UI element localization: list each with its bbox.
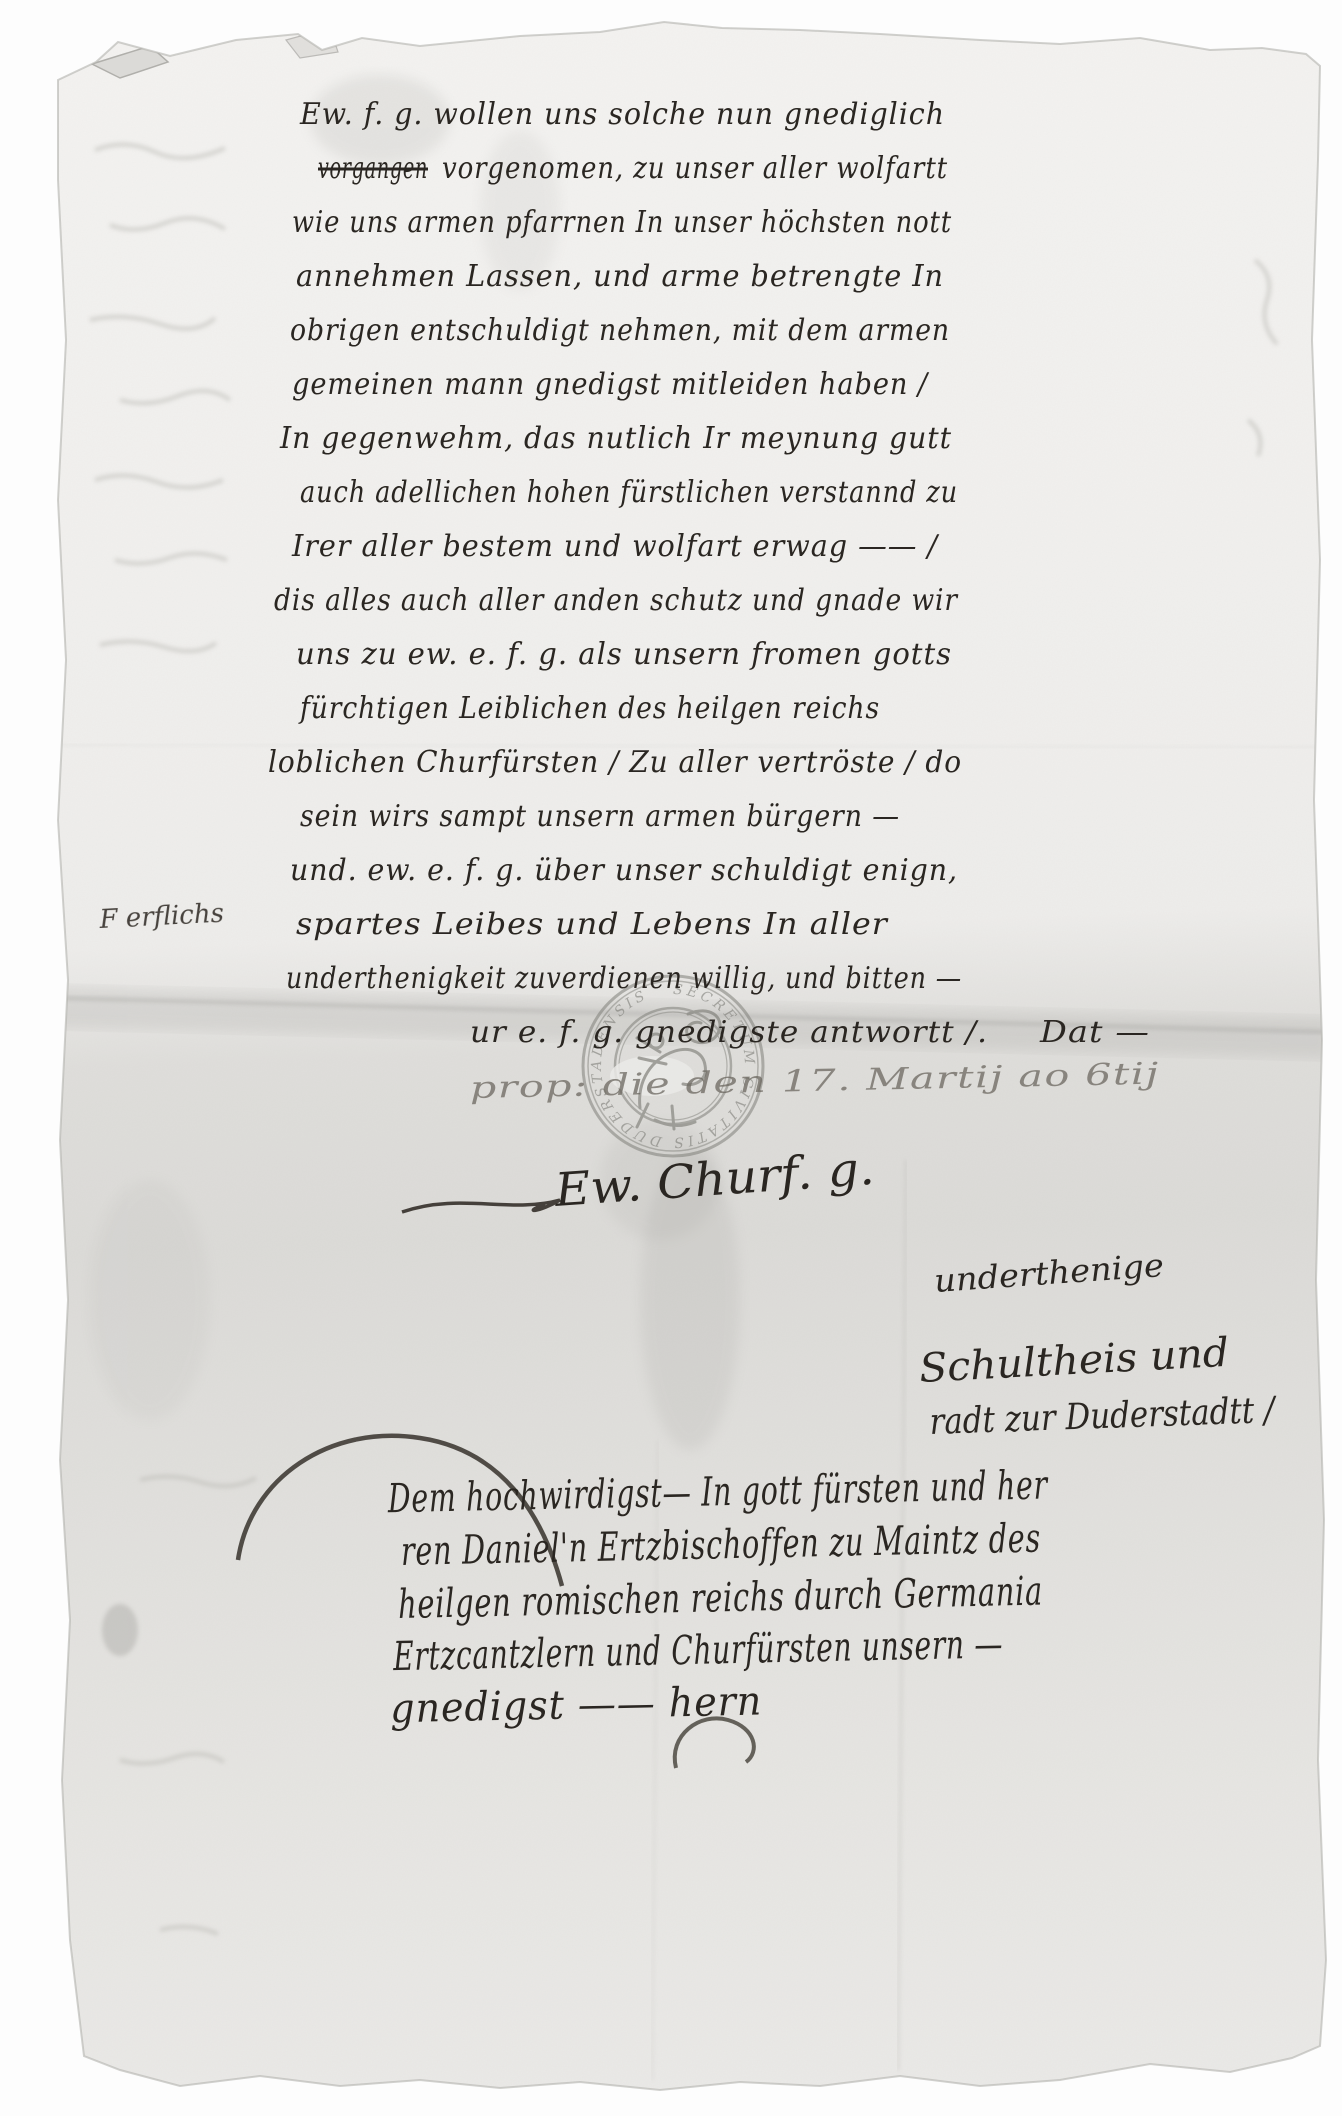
body-line-1: Ew. f. g. wollen uns solche nun gnedigli… <box>299 97 945 132</box>
body-line-4: annehmen Lassen, und arme betrengte In <box>296 259 944 294</box>
paper-stain <box>102 1604 138 1656</box>
body-line-13: loblichen Churfürsten / Zu aller vertrös… <box>268 745 962 780</box>
body-line-15: und. ew. e. f. g. über unser schuldigt e… <box>290 853 958 888</box>
manuscript-artwork: SECRETUM CIVITATIS DUDERSTADENSIS Ew. f.… <box>0 0 1342 2116</box>
body-line-14: sein wirs sampt unsern armen bürgern — <box>300 799 900 834</box>
body-line-16: spartes Leibes und Lebens In aller <box>296 907 889 942</box>
body-line-8: auch adellichen hohen fürstlichen versta… <box>300 475 958 510</box>
body-line-3: wie uns armen pfarrnen In unser höchsten… <box>292 205 952 240</box>
body-line-6: gemeinen mann gnedigst mitleiden haben / <box>292 367 930 402</box>
address-line-5: gnedigst —— hern <box>390 1678 763 1732</box>
scan-background: SECRETUM CIVITATIS DUDERSTADENSIS Ew. f.… <box>0 0 1342 2116</box>
strikethrough-word: vorgangen <box>318 151 428 186</box>
body-line-9: Irer aller bestem und wolfart erwag —— / <box>291 529 940 564</box>
paper-stain <box>90 1180 210 1420</box>
body-line-5: obrigen entschuldigt nehmen, mit dem arm… <box>290 313 950 348</box>
body-line-2: vorgenomen, zu unser aller wolfartt <box>442 151 948 186</box>
body-line-18: ur e. f. g. gnedigste antwortt /. <box>470 1015 988 1050</box>
body-line-11: uns zu ew. e. f. g. als unsern fromen go… <box>296 637 952 672</box>
body-line-7: In gegenwehm, das nutlich Ir meynung gut… <box>279 421 952 456</box>
body-line-12: fürchtigen Leiblichen des heilgen reichs <box>298 691 880 726</box>
body-line-10: dis alles auch aller anden schutz und gn… <box>274 583 959 618</box>
dateline: Dat — <box>1039 1015 1150 1050</box>
body-line-17: underthenigkeit zuverdienen willig, und … <box>286 961 962 996</box>
